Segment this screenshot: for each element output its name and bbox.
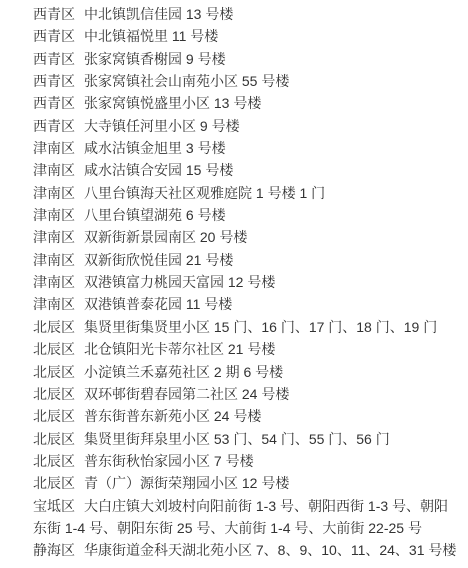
district-label: 宝坻区	[33, 498, 75, 514]
address-list-item: 宝坻区大白庄镇大刘坡村向阳前街 1-3 号、朝阳西街 1-3 号、朝阳东街 1-…	[33, 495, 461, 540]
district-label: 津南区	[33, 185, 75, 201]
address-text: 小淀镇兰禾嘉苑社区 2 期 6 号楼	[84, 364, 283, 380]
address-text: 张家窝镇社会山南苑小区 55 号楼	[84, 73, 289, 89]
district-label: 西青区	[33, 118, 75, 134]
address-list-item: 津南区双港镇富力桃园天富园 12 号楼	[33, 271, 461, 293]
address-text: 集贤里街拜泉里小区 53 门、54 门、55 门、56 门	[84, 431, 390, 447]
address-list-item: 北辰区青（广）源街荣翔园小区 12 号楼	[33, 472, 461, 494]
address-list-item: 津南区八里台镇望湖苑 6 号楼	[33, 204, 461, 226]
address-text: 双环邨街碧春园第二社区 24 号楼	[84, 386, 289, 402]
address-list-item: 津南区咸水沽镇金旭里 3 号楼	[33, 137, 461, 159]
district-label: 北辰区	[33, 386, 75, 402]
address-list-item: 津南区双新街新景园南区 20 号楼	[33, 226, 461, 248]
address-list-item: 西青区中北镇福悦里 11 号楼	[33, 25, 461, 47]
address-list: 西青区中北镇凯信佳园 13 号楼 西青区中北镇福悦里 11 号楼 西青区张家窝镇…	[33, 3, 461, 562]
district-label: 西青区	[33, 73, 75, 89]
district-label: 西青区	[33, 28, 75, 44]
address-text: 咸水沽镇合安园 15 号楼	[84, 162, 233, 178]
address-text: 青（广）源街荣翔园小区 12 号楼	[84, 475, 289, 491]
address-text: 北仓镇阳光卡蒂尔社区 21 号楼	[84, 341, 275, 357]
district-label: 津南区	[33, 140, 75, 156]
address-text: 华康街道金科天湖北苑小区 7、8、9、10、11、24、31 号楼	[84, 542, 456, 558]
address-list-item: 津南区八里台镇海天社区观雅庭院 1 号楼 1 门	[33, 182, 461, 204]
address-text: 八里台镇海天社区观雅庭院 1 号楼 1 门	[84, 185, 325, 201]
district-label: 津南区	[33, 252, 75, 268]
address-list-item: 静海区华康街道金科天湖北苑小区 7、8、9、10、11、24、31 号楼	[33, 539, 461, 561]
address-list-item: 西青区中北镇凯信佳园 13 号楼	[33, 3, 461, 25]
address-list-item: 西青区大寺镇任河里小区 9 号楼	[33, 115, 461, 137]
address-text: 中北镇福悦里 11 号楼	[84, 28, 218, 44]
address-list-item: 津南区双港镇普泰花园 11 号楼	[33, 293, 461, 315]
address-list-item: 北辰区北仓镇阳光卡蒂尔社区 21 号楼	[33, 338, 461, 360]
district-label: 北辰区	[33, 319, 75, 335]
address-list-item: 北辰区普东街秋怡家园小区 7 号楼	[33, 450, 461, 472]
address-text: 咸水沽镇金旭里 3 号楼	[84, 140, 226, 156]
address-text: 中北镇凯信佳园 13 号楼	[84, 6, 233, 22]
district-label: 北辰区	[33, 453, 75, 469]
address-text: 普东街秋怡家园小区 7 号楼	[84, 453, 254, 469]
address-list-item: 北辰区集贤里街集贤里小区 15 门、16 门、17 门、18 门、19 门	[33, 316, 461, 338]
address-text: 双港镇富力桃园天富园 12 号楼	[84, 274, 275, 290]
address-list-item: 津南区咸水沽镇合安园 15 号楼	[33, 159, 461, 181]
address-text: 普东街普东新苑小区 24 号楼	[84, 408, 261, 424]
address-text: 大白庄镇大刘坡村向阳前街 1-3 号、朝阳西街 1-3 号、朝阳东街 1-4 号…	[33, 498, 448, 536]
district-label: 津南区	[33, 274, 75, 290]
district-label: 津南区	[33, 162, 75, 178]
address-list-item: 北辰区集贤里街拜泉里小区 53 门、54 门、55 门、56 门	[33, 428, 461, 450]
district-label: 西青区	[33, 51, 75, 67]
address-text: 大寺镇任河里小区 9 号楼	[84, 118, 240, 134]
address-list-item: 西青区张家窝镇社会山南苑小区 55 号楼	[33, 70, 461, 92]
address-list-item: 北辰区普东街普东新苑小区 24 号楼	[33, 405, 461, 427]
district-label: 北辰区	[33, 431, 75, 447]
district-label: 静海区	[33, 542, 75, 558]
district-label: 北辰区	[33, 341, 75, 357]
district-label: 西青区	[33, 95, 75, 111]
district-label: 北辰区	[33, 364, 75, 380]
district-label: 西青区	[33, 6, 75, 22]
address-list-item: 北辰区双环邨街碧春园第二社区 24 号楼	[33, 383, 461, 405]
district-label: 津南区	[33, 229, 75, 245]
address-text: 双新街新景园南区 20 号楼	[84, 229, 247, 245]
address-text: 张家窝镇悦盛里小区 13 号楼	[84, 95, 261, 111]
address-list-item: 北辰区小淀镇兰禾嘉苑社区 2 期 6 号楼	[33, 361, 461, 383]
address-list-item: 西青区张家窝镇悦盛里小区 13 号楼	[33, 92, 461, 114]
address-text: 双新街欣悦佳园 21 号楼	[84, 252, 233, 268]
district-label: 津南区	[33, 207, 75, 223]
address-list-page: 西青区中北镇凯信佳园 13 号楼 西青区中北镇福悦里 11 号楼 西青区张家窝镇…	[0, 0, 468, 568]
address-list-item: 西青区张家窝镇香榭园 9 号楼	[33, 48, 461, 70]
district-label: 津南区	[33, 296, 75, 312]
address-text: 张家窝镇香榭园 9 号楼	[84, 51, 226, 67]
district-label: 北辰区	[33, 408, 75, 424]
address-text: 双港镇普泰花园 11 号楼	[84, 296, 232, 312]
address-text: 集贤里街集贤里小区 15 门、16 门、17 门、18 门、19 门	[84, 319, 437, 335]
address-list-item: 津南区双新街欣悦佳园 21 号楼	[33, 249, 461, 271]
address-text: 八里台镇望湖苑 6 号楼	[84, 207, 226, 223]
district-label: 北辰区	[33, 475, 75, 491]
